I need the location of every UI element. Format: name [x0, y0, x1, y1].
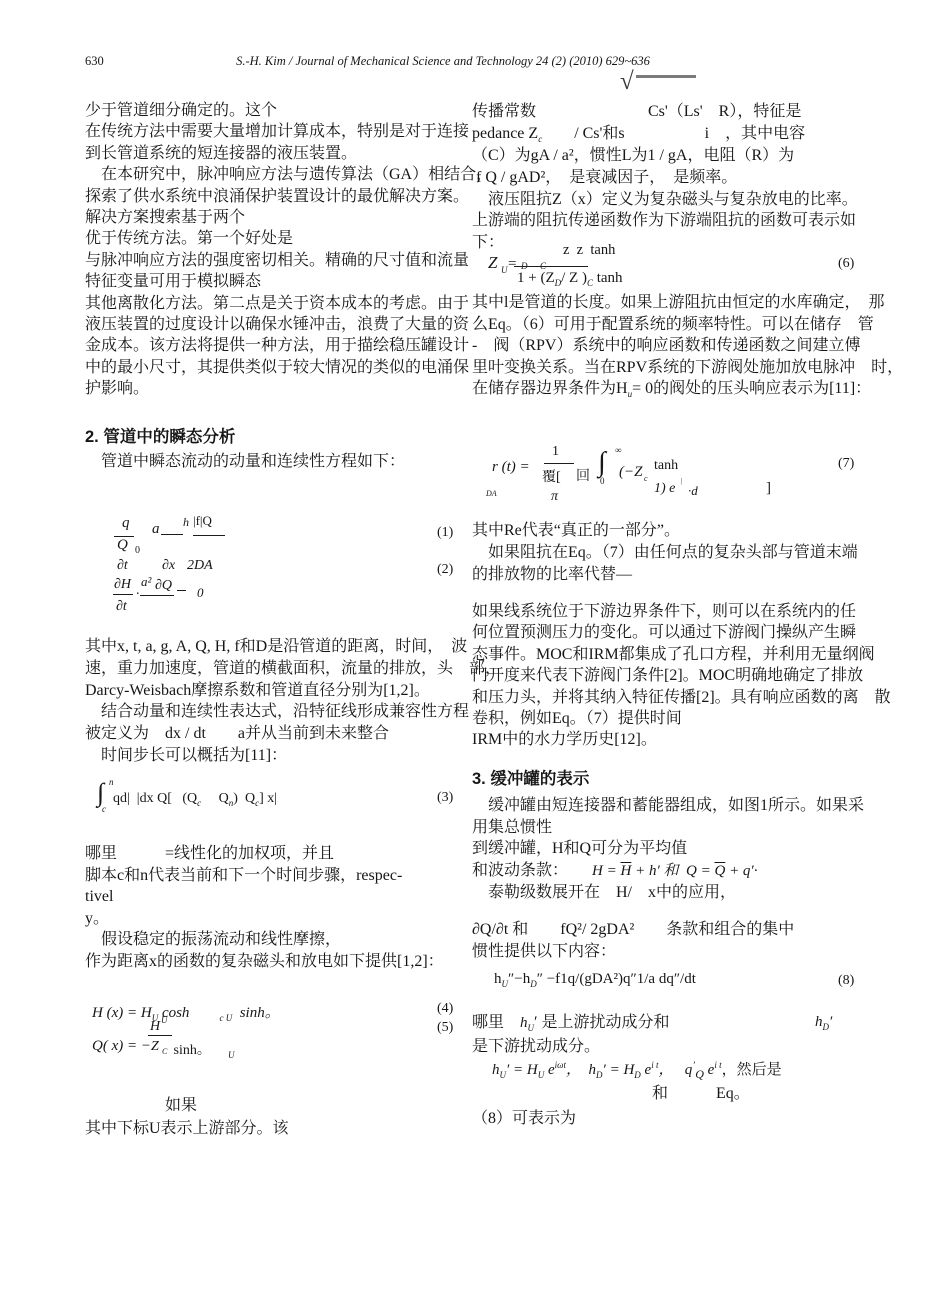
eq3-b1: qd| |dx Q [113, 791, 167, 806]
p10f-Hbar: H [621, 863, 632, 879]
p12-hu: hU [520, 1015, 534, 1031]
p10f-t3: Q = [686, 863, 714, 879]
radical-icon: √ [620, 68, 634, 96]
eq3-b5: ] x| [259, 791, 277, 806]
right-taylor-line: 泰勒级数展开在 H/ x中的应用， [472, 882, 736, 904]
equation-3: ∫ n c qd| |dx Q[ (Qc Qn) Qc] x| (3) [95, 778, 465, 818]
p12c-t3: e [544, 1062, 554, 1078]
section-3-heading: 3. 缓冲罐的表示 [472, 765, 589, 789]
p12c-t2: ′ = H [506, 1062, 538, 1078]
p12-t5: ′ [829, 1014, 832, 1030]
eq7-sup-inf: ∞ [615, 445, 621, 455]
eq2-number: (2) [437, 562, 453, 578]
eq1-Q: Q [117, 537, 128, 554]
eq8-t2: ″−h [508, 971, 530, 987]
left-paragraph-weighting: 哪里 =线性化的加权项，并且 脚本c和n代表当前和下一个时间步骤，respec-… [85, 843, 477, 973]
eq7-tanh: tanh [654, 458, 678, 474]
eq5-H: H [150, 1019, 160, 1035]
eq8-line: hU″−hD″ −f1q/(gDA²)q″1/a dq″/dt [494, 971, 696, 989]
right-terms-paragraph: ∂Q/∂t 和 fQ²/ 2gDA² 条款和组合的集中 惯性提供以下内容： [472, 919, 872, 962]
underscore-bar [177, 590, 186, 591]
eq6-Z-sub: U [501, 265, 508, 275]
eq7-lhs-sub: DA [486, 489, 497, 498]
right-exponential-line: hU′ = HU eiωt， hD′ = HD ei t， q’Q ei t，然… [492, 1058, 782, 1082]
p10f-math: H = H + h′ 和 Q = Q + q′· [592, 863, 757, 879]
p12-t2: h [520, 1015, 528, 1031]
right-surge-tank-paragraph: 缓冲罐由短连接器和蓄能器组成，如图1所示。如果采 用集总惯性 到缓冲罐，H和Q可… [472, 795, 872, 860]
running-head: S.-H. Kim / Journal of Mechanical Scienc… [163, 54, 723, 69]
right-expressed-as-line: （8）可表示为 [472, 1108, 576, 1130]
fraction-bar [544, 463, 574, 464]
eq6-numerator: z z tanh [563, 242, 615, 259]
eq1-number: (1) [437, 525, 453, 541]
right-re-paragraph: 其中Re代表“真正的一部分”。 如果阻抗在Eq。（7）由任何点的复杂头部与管道末… [472, 520, 858, 586]
fraction-bar [140, 595, 174, 596]
eq2-2DA: 2DA [187, 558, 213, 574]
eq3-sup-n: n [109, 777, 114, 787]
fraction-bar [514, 266, 588, 267]
eq4-t3: sinh。 [232, 1005, 280, 1021]
eq7-pi: π [551, 489, 558, 505]
left-ruguo-line: 如果 [85, 1095, 197, 1117]
eq6-denominator: 1 + (ZD/ Z )C tanh [517, 270, 623, 288]
p12c-e1: iωt [555, 1060, 566, 1070]
eq5-Z: Z [151, 1039, 159, 1055]
eq8-t3: ″ −f1q/(gDA²)q″1/a dq″/dt [537, 971, 696, 987]
right-propagation-rest: （C）为gA / a²，惯性L为1 / gA，电阻（R）为 f Q / gAD²… [472, 145, 872, 254]
p10f-t2: + h′ 和 [631, 863, 686, 879]
left-subscript-note: 其中下标U表示上游部分。该 [85, 1118, 289, 1140]
eq7-one: 1 [552, 444, 559, 460]
p10f-label: 和波动条款： [472, 862, 560, 879]
equation-1-2: q Q 0 a h |f|Q (1) ∂t ∂x 2DA (2) ∂H . a²… [100, 505, 465, 623]
right-length-paragraph: 其中l是管道的长度。如果上游阻抗由恒定的水库确定， 那 么Eq。（6）可用于配置… [472, 292, 872, 378]
p12c-t4: ， h [566, 1062, 596, 1078]
eq7-sub-c: c [644, 474, 648, 483]
eq3-number: (3) [437, 790, 453, 806]
right-moc-irm-paragraph: 如果线系统位于下游边界条件下，则可以在系统内的任 何位置预测压力的变化。可以通过… [472, 601, 872, 751]
equation-8: hU″−hD″ −f1q/(gDA²)q″1/a dq″/dt (8) [484, 966, 860, 998]
eq6-Z: Z [488, 253, 497, 273]
p6l2-t1: pedance Z [472, 125, 538, 142]
p10f-Qbar: Q [714, 863, 725, 879]
eq1-zero: 0 [135, 545, 140, 556]
eq5-sinh: sinh。 [170, 1039, 211, 1059]
equation-6: Z U = z z tanh D C 1 + (ZD/ Z )C tanh (6… [484, 243, 860, 295]
eq1-a: a [152, 521, 160, 538]
section-2-lead: 管道中瞬态流动的动量和连续性方程如下： [85, 451, 405, 473]
p12c-t5: ′ = H [603, 1062, 635, 1078]
eq5-Z-sub: C [162, 1047, 167, 1056]
radical-overline [636, 75, 696, 78]
eq7-close-bracket: ] [766, 480, 771, 497]
eq3-b3: Q [201, 791, 229, 806]
fraction-bar [193, 535, 225, 536]
p7b-t2: = 0的阀处的压头响应表示为[11]： [632, 380, 871, 397]
equation-4-5: H (x) = HU cosh c U sinh。 (4) (5) Q( x) … [92, 998, 465, 1070]
equation-7: r (t) = DA 1 覆[ π 回 ∫ ∞ 0 (−Z c tanh 1) … [484, 443, 860, 505]
p12c-t7: ， q [658, 1062, 692, 1078]
eq4-s2: c U [219, 1013, 232, 1023]
eq7-t2: 1) e [654, 481, 675, 497]
eq2-dt-bot: ∂t [116, 599, 127, 615]
eq2-zero: 0 [197, 585, 204, 601]
eq1-q: q [122, 515, 130, 532]
left-paragraph-variables: 其中x, t, a, g, A, Q, H, f和D是沿管道的距离，时间， 波 … [85, 636, 477, 767]
eq5-number: (5) [437, 1020, 453, 1036]
eq5-H-sup: U [161, 1015, 168, 1025]
eq5-lhs: Q( x) = − [92, 1038, 151, 1055]
journal-page: 630 S.-H. Kim / Journal of Mechanical Sc… [0, 0, 926, 1309]
eq2-dx: ∂x [162, 558, 175, 574]
page-number: 630 [85, 54, 104, 69]
p12c-sQ: Q [695, 1067, 704, 1081]
eq4-line: H (x) = HU cosh c U sinh。 [92, 1001, 280, 1023]
eq7-e-sup: | [681, 477, 682, 485]
right-boundary-line: 在储存器边界条件为Hu= 0的阀处的压头响应表示为[11]： [472, 378, 871, 406]
p12c-t8: e [704, 1062, 714, 1078]
eq1-h: h [183, 515, 189, 530]
eq4-t1: H (x) = H [92, 1005, 152, 1021]
p12-t3: ′ 是上游扰动成分和 [534, 1014, 670, 1031]
eq2-dot: . [136, 583, 140, 599]
left-paragraph-intro: 少于管道细分确定的。这个 在传统方法中需要大量增加计算成本，特别是对于连接 到长… [85, 100, 477, 400]
fraction-bar [148, 1035, 172, 1036]
fraction-bar [161, 534, 183, 535]
eq3-sub-c: c [102, 804, 106, 814]
eq1-fq: |f|Q [193, 513, 212, 529]
p12-t4: h [815, 1014, 823, 1030]
eq7-t3: ·d [688, 483, 698, 499]
eq6-d3: tanh [593, 270, 623, 286]
p12-hd: hD′ [815, 1012, 832, 1039]
eq7-sub-0: 0 [600, 476, 605, 486]
eq2-a2: a² [141, 574, 151, 590]
eq6-equals: = [508, 256, 516, 273]
eq6-d2: / Z ) [561, 270, 587, 286]
eq3-b4: ) Q [233, 791, 255, 806]
eq7-number: (7) [838, 456, 854, 472]
right-propagation-line1: 传播常数 Cs'（Ls' R），特征是 [472, 101, 801, 123]
p10f-t4: + q′· [725, 863, 757, 879]
p12c-e3: i t [714, 1060, 721, 1070]
right-downstream-line: 是下游扰动成分。 [472, 1036, 600, 1058]
eq7-integral: ∫ [598, 447, 606, 479]
eq5-trailing-sub: U [228, 1050, 235, 1060]
eq6-number: (6) [838, 256, 854, 272]
p10f-t1: H = [592, 863, 620, 879]
p12c-t6: e [641, 1062, 651, 1078]
eq7-hui: 回 [576, 465, 590, 485]
p12c-t1: h [492, 1062, 500, 1078]
fraction-bar [113, 594, 133, 595]
eq8-number: (8) [838, 973, 854, 989]
eq2-dH: ∂H [114, 577, 131, 593]
section-2-heading: 2. 管道中的瞬态分析 [85, 423, 235, 447]
p12-t1: 哪里 [472, 1014, 520, 1031]
p12c-t9: ，然后是 [722, 1062, 782, 1078]
eq6-d1: 1 + (Z [517, 270, 555, 286]
eq3-body: qd| |dx Q[ (Qc Qn) Qc] x| [113, 787, 277, 808]
right-and-eq-line: 和 Eq。 [652, 1083, 750, 1105]
eq7-mid: 覆[ [542, 466, 561, 486]
p7b-t1: 在储存器边界条件为H [472, 380, 628, 397]
eq3-b2: (Q [172, 791, 197, 806]
eq2-dt-top: ∂t [117, 558, 128, 574]
right-fluctuation-line: 和波动条款： H = H + h′ 和 Q = Q + q′· [472, 860, 757, 883]
p6l2-t2: / Cs'和s i ，其中电容 [542, 125, 805, 142]
eq8-t1: h [494, 971, 502, 987]
eq2-dQ: ∂Q [155, 578, 172, 594]
eq7-t1: (−Z [619, 464, 642, 481]
eq4-number: (4) [437, 1001, 453, 1017]
eq7-lhs: r (t) = [492, 459, 530, 476]
